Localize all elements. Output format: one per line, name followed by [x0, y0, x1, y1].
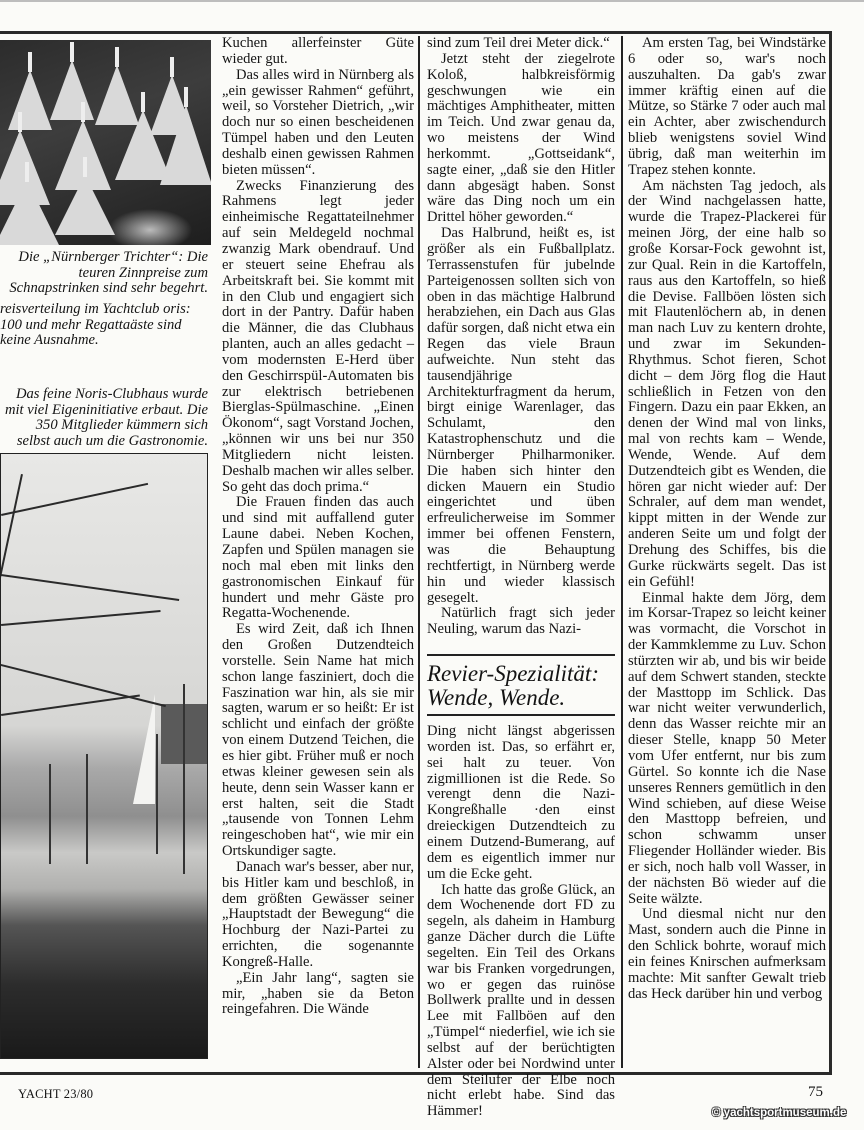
mast-shape [49, 764, 51, 864]
paragraph: Die Frauen finden das auch und sind mit … [222, 495, 414, 622]
tree-branch [1, 695, 140, 716]
page-top-edge [0, 0, 864, 2]
paragraph: Ich hatte das große Glück, an dem Wochen… [427, 883, 615, 1121]
magazine-issue-label: YACHT 23/80 [18, 1087, 93, 1102]
paragraph: Das Halbrund, heißt es, ist größer als e… [427, 226, 615, 606]
article-column-3: sind zum Teil drei Meter dick.“ Jetzt st… [427, 36, 615, 1120]
funnel-shape [8, 70, 52, 130]
paragraph: Am nächsten Tag jedoch, als der Wind nac… [628, 179, 826, 591]
paragraph: Natürlich fragt sich jeder Neuling, waru… [427, 606, 615, 638]
column-divider [621, 36, 623, 1068]
tree-branch [1, 483, 148, 516]
paragraph: Und diesmal nicht nur den Mast, sondern … [628, 907, 826, 1002]
mast-shape [183, 684, 185, 874]
mast-shape [156, 734, 158, 854]
tree-branch [1, 610, 161, 625]
page-number: 75 [808, 1084, 823, 1101]
paragraph: Es wird Zeit, daß ich Ihnen den Großen D… [222, 622, 414, 860]
paragraph: Zwecks Finanzierung des Rahmens legt jed… [222, 179, 414, 496]
tree-trunk [0, 474, 23, 846]
section-subheading: Revier-Spezialität: Wende, Wende. [427, 654, 615, 716]
funnel-shape [50, 60, 94, 120]
tree-branch [1, 574, 179, 601]
photo-caption-trichter: Die „Nürnberger Trichter“: Die teuren Zi… [0, 250, 208, 297]
funnel-shape [0, 180, 59, 245]
funnel-shape [160, 105, 211, 185]
paragraph: Danach war's besser, aber nur, bis Hitle… [222, 860, 414, 971]
sail-shape [133, 694, 155, 804]
article-column-2: Kuchen allerfeinster Güte wieder gut. Da… [222, 36, 414, 1018]
paragraph: Das alles wird in Nürnberg als „ein gewi… [222, 68, 414, 179]
paragraph: Ding nicht längst abgerissen worden ist.… [427, 724, 615, 882]
copyright-watermark: © yachtsportmuseum.de [712, 1107, 846, 1119]
tree-branch [1, 664, 166, 707]
article-column-4: Am ersten Tag, bei Windstärke 6 oder so,… [628, 36, 826, 1002]
subheading-line-1: Revier-Spezialität: [427, 662, 615, 686]
paragraph: sind zum Teil drei Meter dick.“ [427, 36, 615, 52]
funnel-shape [55, 175, 115, 235]
mast-shape [86, 754, 88, 864]
frame-bottom-border [0, 1072, 832, 1075]
column-divider [418, 36, 420, 1068]
paragraph: Am ersten Tag, bei Windstärke 6 oder so,… [628, 36, 826, 179]
frame-top-border [0, 31, 832, 34]
subheading-line-2: Wende, Wende. [427, 686, 615, 710]
frame-right-border [829, 31, 832, 1075]
photo-caption-clubhaus: Das feine Noris-Clubhaus wurde mit viel … [0, 387, 208, 449]
paragraph: „Ein Jahr lang“, sagten sie mir, „haben … [222, 971, 414, 1019]
photo-caption-preisverteilung: reisverteilung im Yachtclub oris: 100 un… [0, 302, 208, 349]
paragraph: Einmal hakte dem Jörg, dem im Korsar-Tra… [628, 591, 826, 908]
funnel-trophies-photo [0, 40, 211, 245]
lake-with-sailboats-photo [0, 453, 208, 1059]
paragraph: Kuchen allerfeinster Güte wieder gut. [222, 36, 414, 68]
paragraph: Jetzt steht der ziegelrote Koloß, halbkr… [427, 52, 615, 226]
